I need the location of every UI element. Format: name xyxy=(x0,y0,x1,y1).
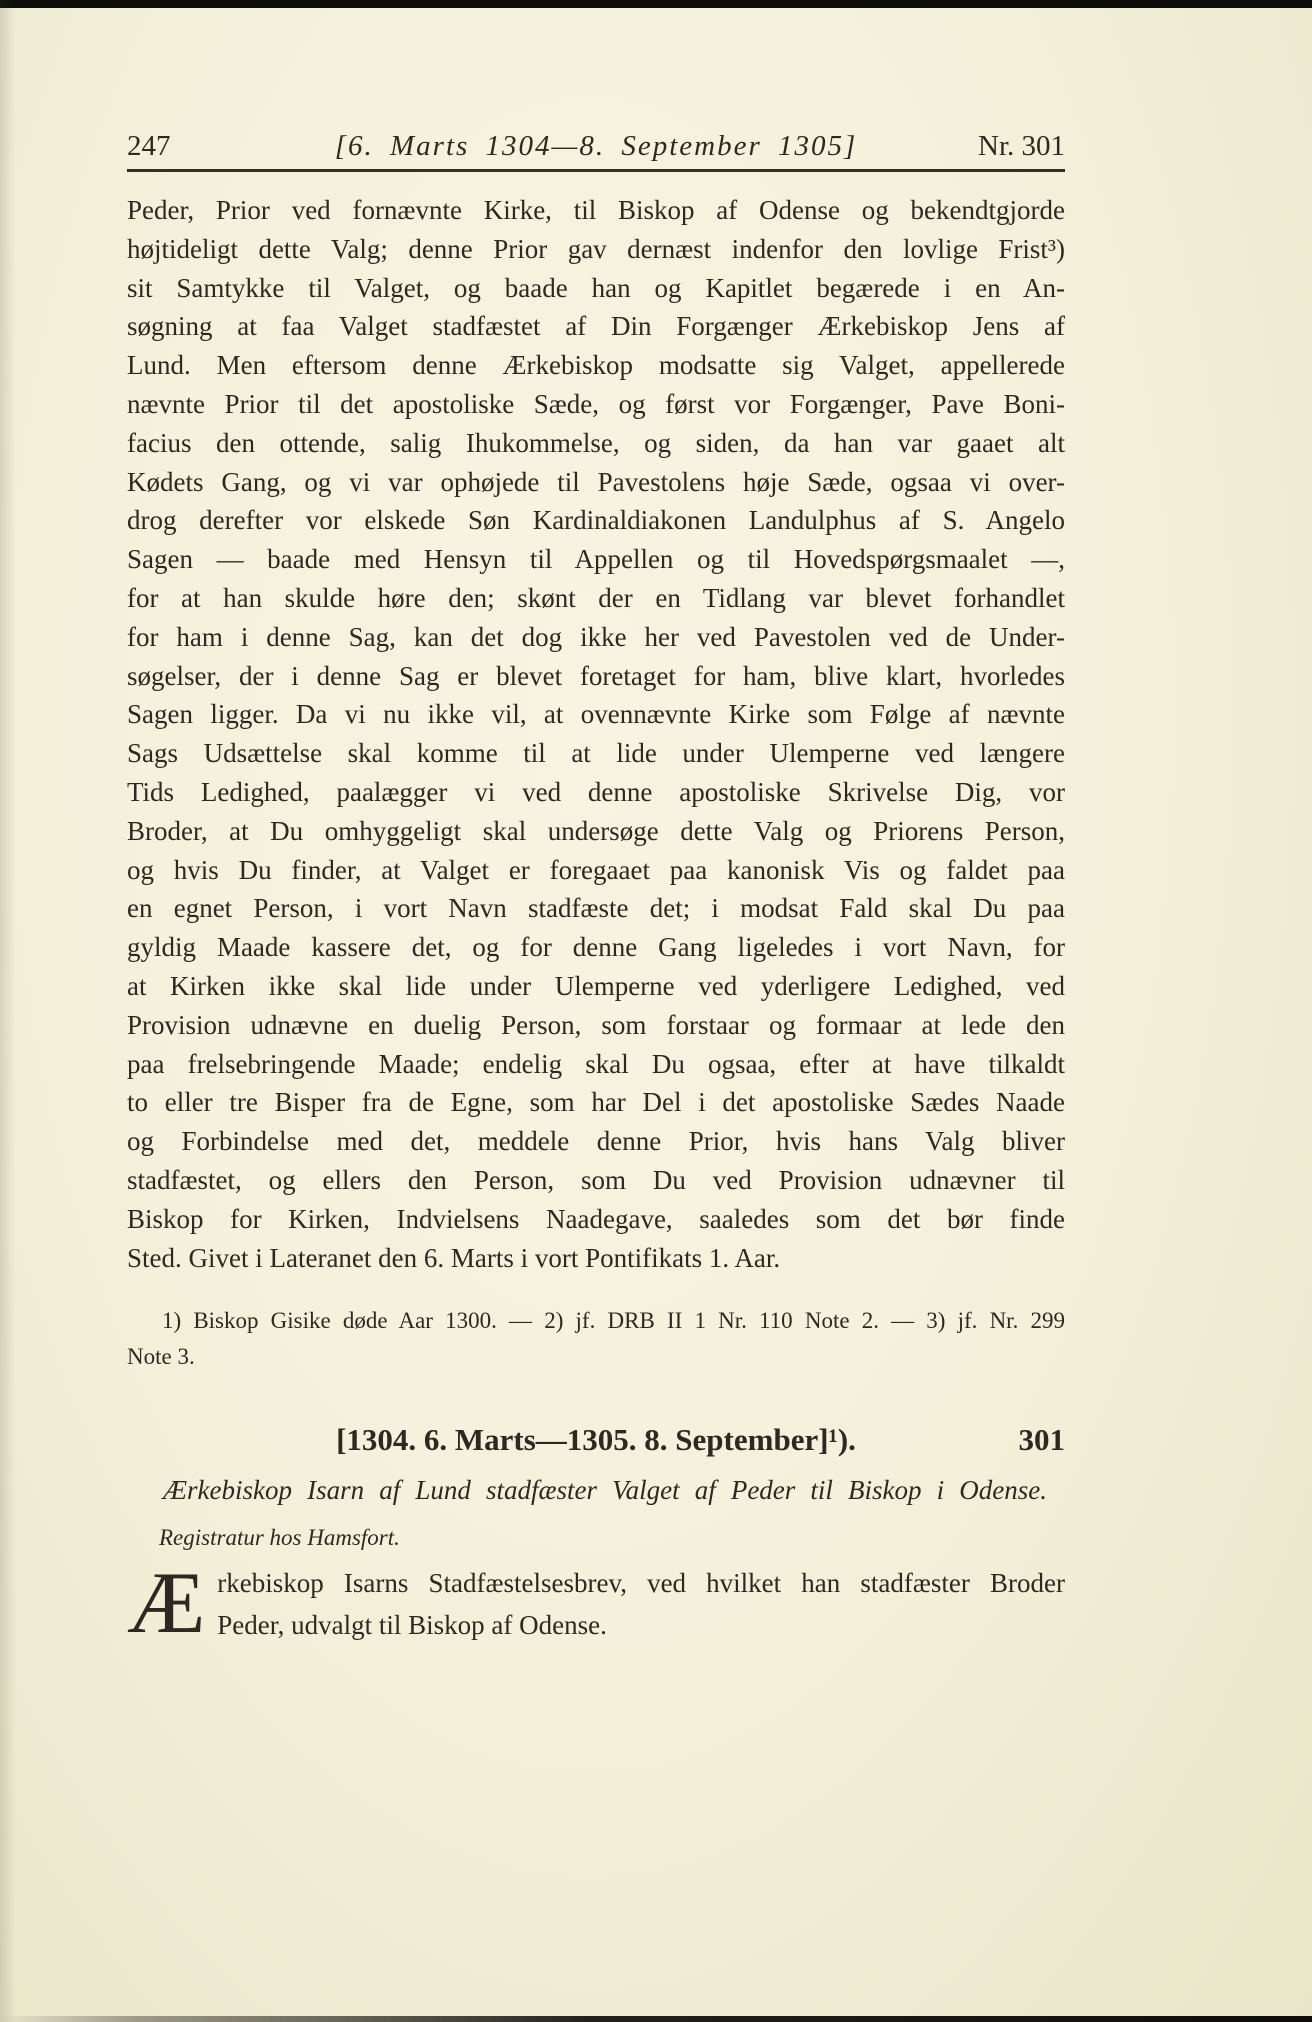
running-title: [6. Marts 1304—8. September 1305] xyxy=(127,129,1065,163)
scan-left-shadow xyxy=(0,0,16,2022)
body-line: Peder, Prior ved fornævnte Kirke, til Bi… xyxy=(127,191,1065,230)
body-line: Sted. Givet i Lateranet den 6. Marts i v… xyxy=(127,1239,1065,1278)
entry-line: rkebiskop Isarns Stadfæstelsesbrev, ved … xyxy=(217,1562,1065,1604)
entry-number: 301 xyxy=(1019,1421,1066,1459)
body-line: to eller tre Bisper fra de Egne, som har… xyxy=(127,1083,1065,1122)
body-line: Kødets Gang, og vi var ophøjede til Pave… xyxy=(127,463,1065,502)
scan-top-edge xyxy=(0,0,1312,8)
body-line: for ham i denne Sag, kan det dog ikke he… xyxy=(127,618,1065,657)
body-line: og Forbindelse med det, meddele denne Pr… xyxy=(127,1122,1065,1161)
scan-bottom-edge xyxy=(0,2016,1312,2022)
body-line: gyldig Maade kassere det, og for denne G… xyxy=(127,928,1065,967)
scanned-book-page: 247 [6. Marts 1304—8. September 1305] Nr… xyxy=(0,0,1312,2022)
body-paragraph: Peder, Prior ved fornævnte Kirke, til Bi… xyxy=(127,191,1065,1277)
entry-heading-date: [1304. 6. Marts—1305. 8. September]¹). xyxy=(336,1422,856,1457)
footnote-line-2: Note 3. xyxy=(127,1339,1065,1375)
page-header: 247 [6. Marts 1304—8. September 1305] Nr… xyxy=(127,129,1065,165)
drop-cap-initial: Æ xyxy=(127,1562,217,1639)
entry-paragraph: Æ rkebiskop Isarns Stadfæstelsesbrev, ve… xyxy=(127,1562,1065,1646)
entry-heading: [1304. 6. Marts—1305. 8. September]¹). 3… xyxy=(127,1421,1065,1459)
body-line: at Kirken ikke skal lide under Ulemperne… xyxy=(127,967,1065,1006)
body-line: Sags Udsættelse skal komme til at lide u… xyxy=(127,734,1065,773)
page-content: 247 [6. Marts 1304—8. September 1305] Nr… xyxy=(127,8,1065,1646)
body-line: paa frelsebringende Maade; endelig skal … xyxy=(127,1045,1065,1084)
footnote-line-1: 1) Biskop Gisike døde Aar 1300. — 2) jf.… xyxy=(127,1303,1065,1339)
body-line: Sagen ligger. Da vi nu ikke vil, at oven… xyxy=(127,695,1065,734)
entry-source-note: Registratur hos Hamsfort. xyxy=(127,1523,1065,1553)
body-line: og hvis Du finder, at Valget er foregaae… xyxy=(127,851,1065,890)
body-line: en egnet Person, i vort Navn stadfæste d… xyxy=(127,889,1065,928)
body-line: søgning at faa Valget stadfæstet af Din … xyxy=(127,307,1065,346)
document-number-label: Nr. 301 xyxy=(978,129,1065,163)
entry-line: Peder, udvalgt til Biskop af Odense. xyxy=(127,1604,1065,1646)
body-line: højtideligt dette Valg; denne Prior gav … xyxy=(127,230,1065,269)
body-line: Broder, at Du omhyggeligt skal undersøge… xyxy=(127,812,1065,851)
body-line: Tids Ledighed, paalægger vi ved denne ap… xyxy=(127,773,1065,812)
body-line: drog derefter vor elskede Søn Kardinaldi… xyxy=(127,501,1065,540)
body-line: Lund. Men eftersom denne Ærkebiskop mods… xyxy=(127,346,1065,385)
body-line: Sagen — baade med Hensyn til Appellen og… xyxy=(127,540,1065,579)
entry-subtitle: Ærkebiskop Isarn af Lund stadfæster Valg… xyxy=(127,1472,1065,1508)
body-line: Biskop for Kirken, Indvielsens Naadegave… xyxy=(127,1200,1065,1239)
header-divider-rule xyxy=(127,169,1065,172)
body-line: for at han skulde høre den; skønt der en… xyxy=(127,579,1065,618)
body-line: stadfæstet, og ellers den Person, som Du… xyxy=(127,1161,1065,1200)
body-line: sit Samtykke til Valget, og baade han og… xyxy=(127,269,1065,308)
page-number: 247 xyxy=(127,129,171,163)
body-line: Provision udnævne en duelig Person, som … xyxy=(127,1006,1065,1045)
body-line: facius den ottende, salig Ihukommelse, o… xyxy=(127,424,1065,463)
footnote: 1) Biskop Gisike døde Aar 1300. — 2) jf.… xyxy=(127,1303,1065,1375)
body-line: nævnte Prior til det apostoliske Sæde, o… xyxy=(127,385,1065,424)
body-line: søgelser, der i denne Sag er blevet fore… xyxy=(127,657,1065,696)
